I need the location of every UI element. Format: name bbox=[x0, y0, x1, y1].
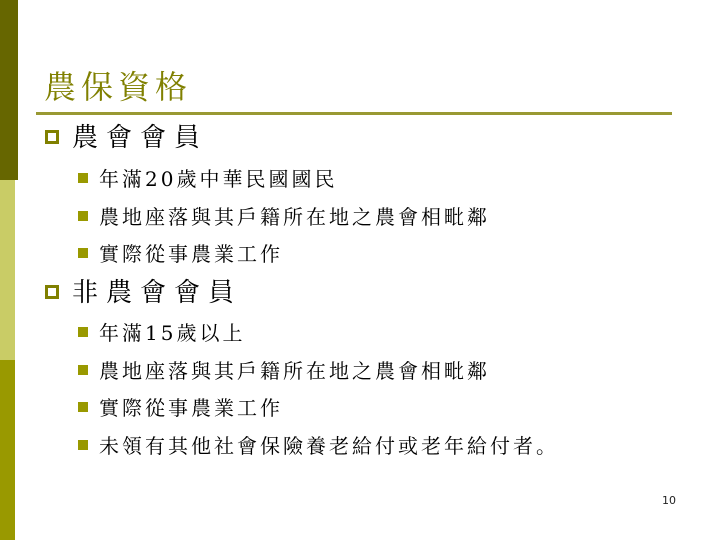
bullet-item-text: 實際從事農業工作 bbox=[99, 241, 283, 267]
bullet-item-row: 農地座落與其戶籍所在地之農會相毗鄰 bbox=[78, 358, 490, 384]
bullet-item-row: 未領有其他社會保險養老給付或老年給付者。 bbox=[78, 433, 559, 459]
section-heading-row: 農會會員 bbox=[45, 122, 208, 155]
filled-square-bullet-icon bbox=[78, 173, 88, 183]
bullet-item-row: 年滿15歲以上 bbox=[78, 320, 245, 346]
sidebar-bar-bottom-segment bbox=[0, 360, 15, 540]
section-heading-text: 非農會會員 bbox=[72, 277, 242, 310]
bullet-item-text: 年滿20歲中華民國國民 bbox=[99, 166, 337, 192]
filled-square-bullet-icon bbox=[78, 248, 88, 258]
slide-title: 農保資格 bbox=[44, 68, 192, 106]
bullet-item-row: 實際從事農業工作 bbox=[78, 241, 283, 267]
section-heading-text: 農會會員 bbox=[72, 122, 208, 155]
bullet-item-row: 年滿20歲中華民國國民 bbox=[78, 166, 337, 192]
page-number: 10 bbox=[662, 494, 676, 507]
presentation-slide: 農保資格 農會會員 年滿20歲中華民國國民 農地座落與其戶籍所在地之農會相毗鄰 … bbox=[0, 0, 720, 540]
filled-square-bullet-icon bbox=[78, 211, 88, 221]
filled-square-bullet-icon bbox=[78, 440, 88, 450]
bullet-item-text: 農地座落與其戶籍所在地之農會相毗鄰 bbox=[99, 204, 490, 230]
bullet-item-text: 未領有其他社會保險養老給付或老年給付者。 bbox=[99, 433, 559, 459]
filled-square-bullet-icon bbox=[78, 327, 88, 337]
filled-square-bullet-icon bbox=[78, 402, 88, 412]
bullet-item-row: 實際從事農業工作 bbox=[78, 395, 283, 421]
bullet-item-row: 農地座落與其戶籍所在地之農會相毗鄰 bbox=[78, 204, 490, 230]
bullet-item-text: 年滿15歲以上 bbox=[99, 320, 245, 346]
section-heading-row: 非農會會員 bbox=[45, 277, 242, 310]
sidebar-bar-middle-segment bbox=[0, 180, 15, 360]
bullet-item-text: 實際從事農業工作 bbox=[99, 395, 283, 421]
bullet-item-text: 農地座落與其戶籍所在地之農會相毗鄰 bbox=[99, 358, 490, 384]
hollow-square-bullet-icon bbox=[45, 285, 59, 299]
hollow-square-bullet-icon bbox=[45, 130, 59, 144]
title-underline bbox=[36, 112, 672, 115]
filled-square-bullet-icon bbox=[78, 365, 88, 375]
sidebar-bar-top-segment bbox=[0, 0, 18, 180]
